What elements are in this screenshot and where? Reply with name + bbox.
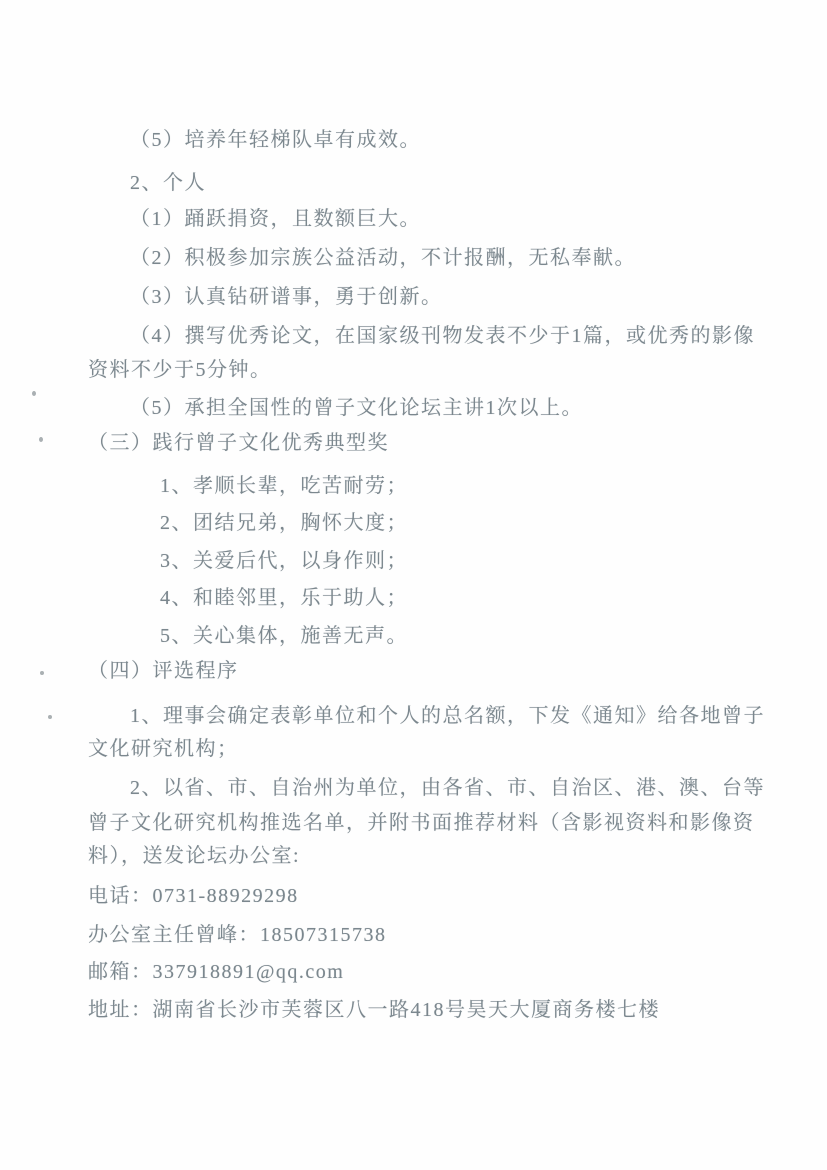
- address-line: 地址：湖南省长沙市芙蓉区八一路418号昊天大厦商务楼七楼: [88, 997, 660, 1023]
- model-item-2: 2、团结兄弟，胸怀大度；: [160, 510, 408, 536]
- scan-speck: [40, 671, 44, 675]
- ind-criterion-3: （3）认真钻研谱事，勇于创新。: [130, 284, 443, 310]
- ind-criterion-4b: 资料不少于5分钟。: [88, 357, 272, 383]
- section-three-heading: （三）践行曾子文化优秀典型奖: [88, 430, 389, 456]
- procedure-2b: 曾子文化研究机构推选名单，并附书面推荐材料（含影视资料和影像资: [88, 810, 755, 836]
- procedure-1a: 1、理事会确定表彰单位和个人的总名额，下发《通知》给各地曾子: [130, 703, 765, 729]
- model-item-1: 1、孝顺长辈，吃苦耐劳；: [160, 473, 408, 499]
- model-item-4: 4、和睦邻里，乐于助人；: [160, 585, 408, 611]
- document-body: （5）培养年轻梯队卓有成效。2、个人（1）踊跃捐资，且数额巨大。（2）积极参加宗…: [0, 0, 827, 1170]
- scan-speck: [39, 437, 43, 442]
- phone-line: 电话：0731-88929298: [88, 883, 299, 909]
- procedure-2a: 2、以省、市、自治州为单位，由各省、市、自治区、港、澳、台等: [130, 775, 765, 801]
- org-criterion-5: （5）培养年轻梯队卓有成效。: [130, 127, 421, 153]
- scanned-document-page: （5）培养年轻梯队卓有成效。2、个人（1）踊跃捐资，且数额巨大。（2）积极参加宗…: [0, 0, 827, 1170]
- procedure-1b: 文化研究机构；: [88, 736, 239, 762]
- section-individual: 2、个人: [130, 170, 206, 196]
- model-item-5: 5、关心集体，施善无声。: [160, 623, 408, 649]
- office-director-line: 办公室主任曾峰：18507315738: [88, 922, 387, 948]
- ind-criterion-4a: （4）撰写优秀论文，在国家级刊物发表不少于1篇，或优秀的影像: [130, 323, 755, 349]
- model-item-3: 3、关爱后代，以身作则；: [160, 548, 408, 574]
- section-four-heading: （四）评选程序: [88, 658, 239, 684]
- ind-criterion-1: （1）踊跃捐资，且数额巨大。: [130, 206, 421, 232]
- ind-criterion-5: （5）承担全国性的曾子文化论坛主讲1次以上。: [130, 395, 583, 421]
- scan-speck: [32, 391, 36, 396]
- ind-criterion-2: （2）积极参加宗族公益活动，不计报酬，无私奉献。: [130, 245, 636, 271]
- scan-speck: [48, 715, 52, 719]
- procedure-2c: 料），送发论坛办公室:: [88, 843, 300, 869]
- email-line: 邮箱：337918891@qq.com: [88, 959, 344, 985]
